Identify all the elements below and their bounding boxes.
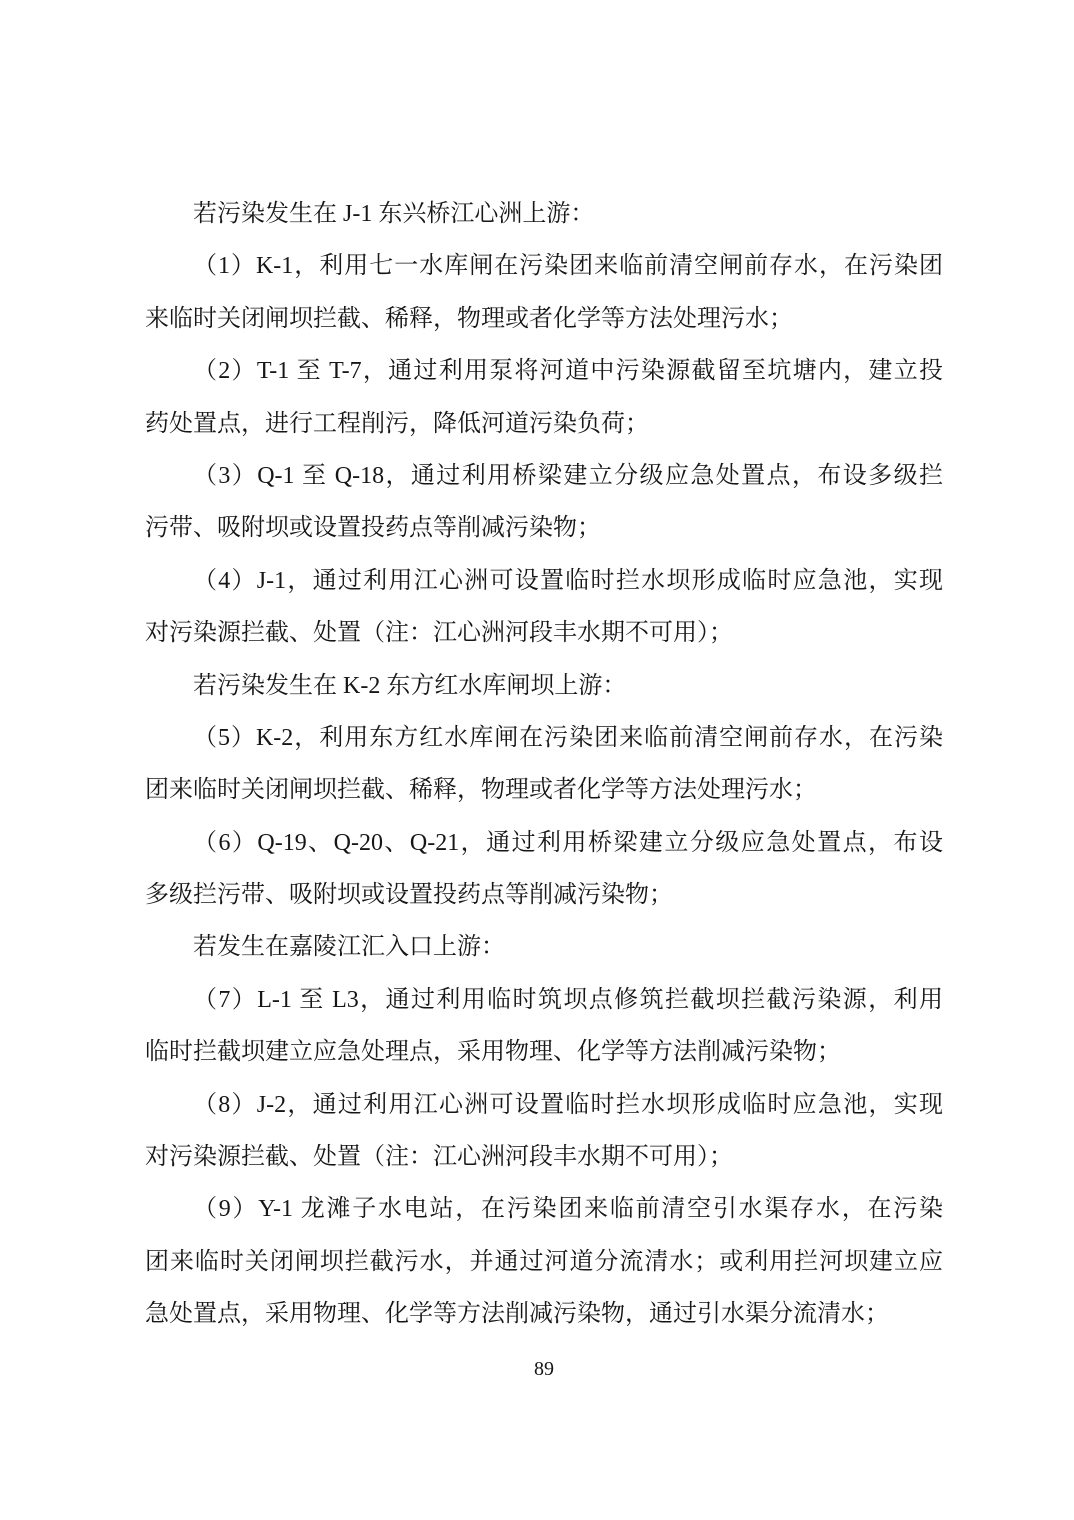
paragraph-line: （7）L-1 至 L3，通过利用临时筑坝点修筑拦截坝拦截污染源，利用: [145, 974, 943, 1026]
paragraph-line: 若污染发生在 K-2 东方红水库闸坝上游：: [145, 660, 943, 712]
paragraph-line: 污带、吸附坝或设置投药点等削减污染物；: [145, 502, 943, 554]
item-paragraph-4: （4）J-1，通过利用江心洲可设置临时拦水坝形成临时应急池，实现 对污染源拦截、…: [145, 555, 943, 660]
paragraph-line: 若污染发生在 J-1 东兴桥江心洲上游：: [145, 188, 943, 240]
paragraph-line: 多级拦污带、吸附坝或设置投药点等削减污染物；: [145, 869, 943, 921]
item-paragraph-3: （3）Q-1 至 Q-18，通过利用桥梁建立分级应急处置点，布设多级拦 污带、吸…: [145, 450, 943, 555]
page-number: 89: [145, 1352, 943, 1386]
paragraph-line: （4）J-1，通过利用江心洲可设置临时拦水坝形成临时应急池，实现: [145, 555, 943, 607]
paragraph-line: 若发生在嘉陵江汇入口上游：: [145, 921, 943, 973]
document-page: 若污染发生在 J-1 东兴桥江心洲上游： （1）K-1，利用七一水库闸在污染团来…: [0, 0, 1074, 1520]
text-body: 若污染发生在 J-1 东兴桥江心洲上游： （1）K-1，利用七一水库闸在污染团来…: [145, 188, 943, 1341]
paragraph-line: 对污染源拦截、处置（注：江心洲河段丰水期不可用）；: [145, 607, 943, 659]
paragraph-line: （2）T-1 至 T-7，通过利用泵将河道中污染源截留至坑塘内，建立投: [145, 345, 943, 397]
lead-paragraph: 若污染发生在 K-2 东方红水库闸坝上游：: [145, 660, 943, 712]
item-paragraph-2: （2）T-1 至 T-7，通过利用泵将河道中污染源截留至坑塘内，建立投 药处置点…: [145, 345, 943, 450]
paragraph-line: （3）Q-1 至 Q-18，通过利用桥梁建立分级应急处置点，布设多级拦: [145, 450, 943, 502]
paragraph-line: 来临时关闭闸坝拦截、稀释，物理或者化学等方法处理污水；: [145, 293, 943, 345]
paragraph-line: （8）J-2，通过利用江心洲可设置临时拦水坝形成临时应急池，实现: [145, 1079, 943, 1131]
lead-paragraph: 若污染发生在 J-1 东兴桥江心洲上游：: [145, 188, 943, 240]
paragraph-line: （1）K-1，利用七一水库闸在污染团来临前清空闸前存水，在污染团: [145, 240, 943, 292]
lead-paragraph: 若发生在嘉陵江汇入口上游：: [145, 921, 943, 973]
paragraph-line: 团来临时关闭闸坝拦截、稀释，物理或者化学等方法处理污水；: [145, 764, 943, 816]
paragraph-line: 药处置点，进行工程削污，降低河道污染负荷；: [145, 398, 943, 450]
item-paragraph-5: （5）K-2，利用东方红水库闸在污染团来临前清空闸前存水，在污染 团来临时关闭闸…: [145, 712, 943, 817]
paragraph-line: 急处置点，采用物理、化学等方法削减污染物，通过引水渠分流清水；: [145, 1288, 943, 1340]
item-paragraph-7: （7）L-1 至 L3，通过利用临时筑坝点修筑拦截坝拦截污染源，利用 临时拦截坝…: [145, 974, 943, 1079]
paragraph-line: 对污染源拦截、处置（注：江心洲河段丰水期不可用）；: [145, 1131, 943, 1183]
item-paragraph-9: （9）Y-1 龙滩子水电站，在污染团来临前清空引水渠存水，在污染 团来临时关闭闸…: [145, 1183, 943, 1340]
paragraph-line: 临时拦截坝建立应急处理点，采用物理、化学等方法削减污染物；: [145, 1026, 943, 1078]
item-paragraph-8: （8）J-2，通过利用江心洲可设置临时拦水坝形成临时应急池，实现 对污染源拦截、…: [145, 1079, 943, 1184]
item-paragraph-1: （1）K-1，利用七一水库闸在污染团来临前清空闸前存水，在污染团 来临时关闭闸坝…: [145, 240, 943, 345]
item-paragraph-6: （6）Q-19、Q-20、Q-21，通过利用桥梁建立分级应急处置点，布设 多级拦…: [145, 817, 943, 922]
paragraph-line: （5）K-2，利用东方红水库闸在污染团来临前清空闸前存水，在污染: [145, 712, 943, 764]
paragraph-line: （6）Q-19、Q-20、Q-21，通过利用桥梁建立分级应急处置点，布设: [145, 817, 943, 869]
paragraph-line: （9）Y-1 龙滩子水电站，在污染团来临前清空引水渠存水，在污染: [145, 1183, 943, 1235]
paragraph-line: 团来临时关闭闸坝拦截污水，并通过河道分流清水；或利用拦河坝建立应: [145, 1236, 943, 1288]
